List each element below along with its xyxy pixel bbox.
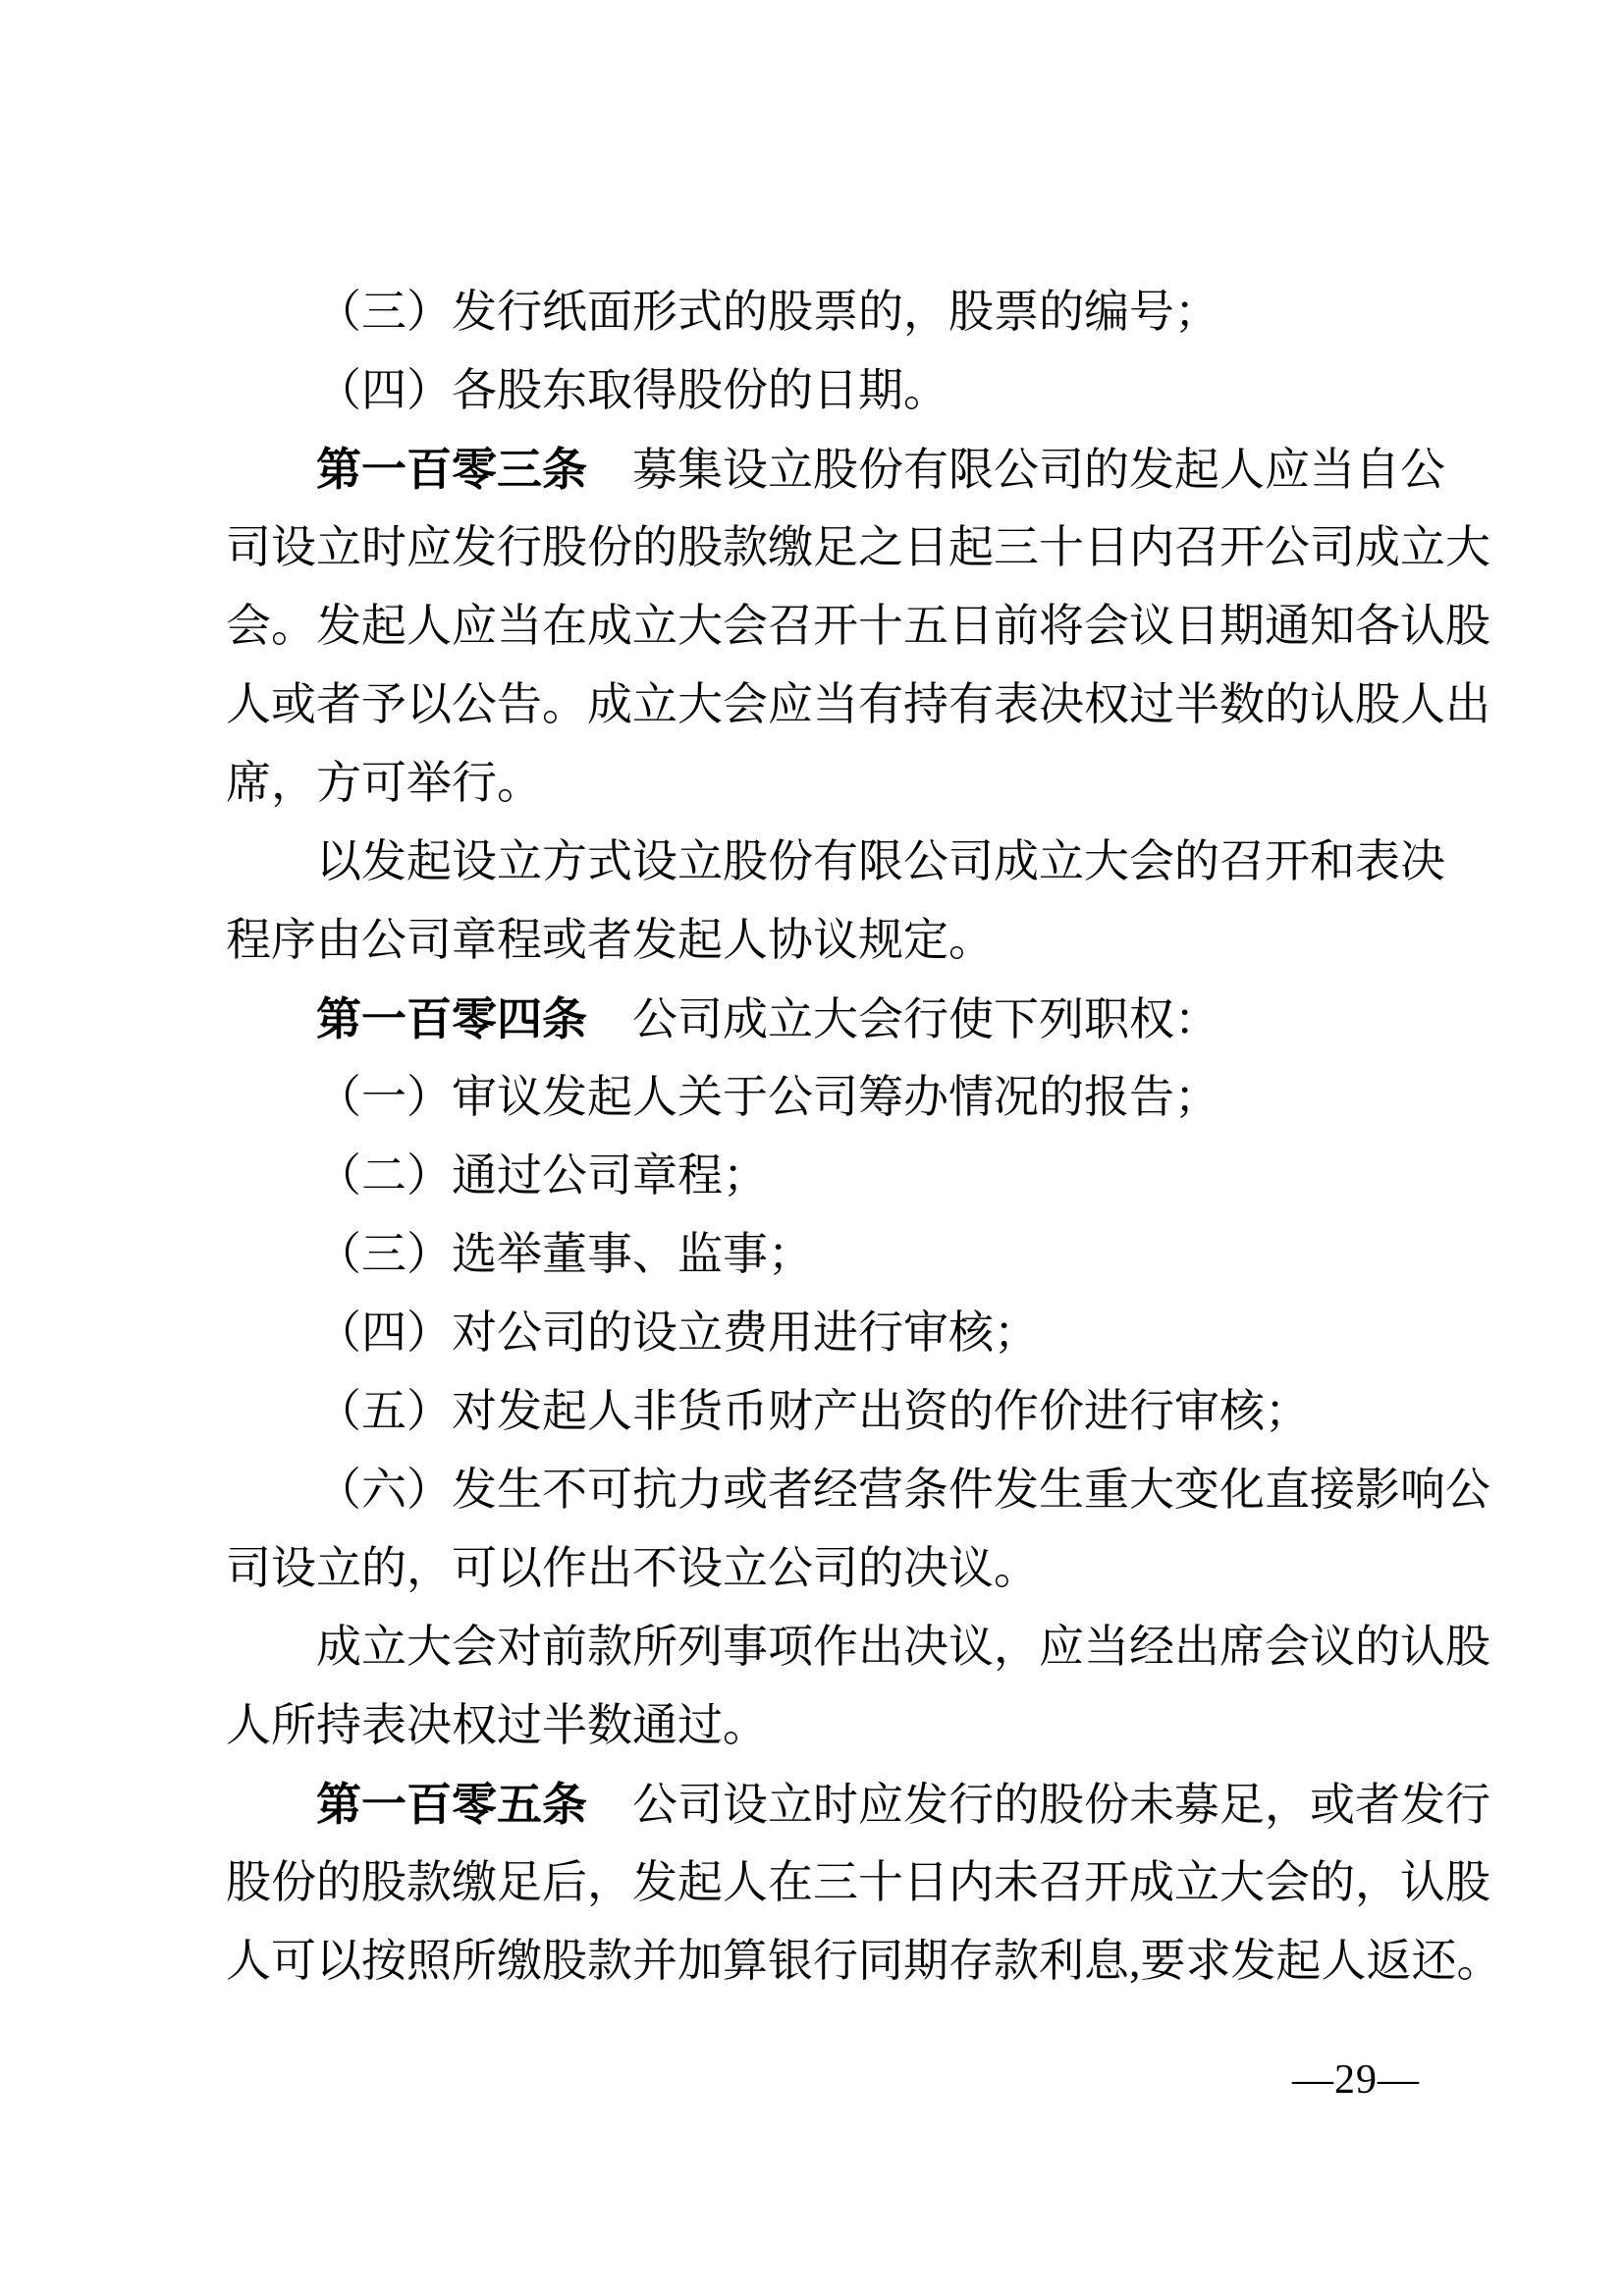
text-segment: （二）通过公司章程； bbox=[316, 1150, 768, 1201]
page-number: —29— bbox=[1292, 2057, 1420, 2103]
text-line: （四）对公司的设立费用进行审核； bbox=[226, 1294, 1494, 1372]
text-line: （四）各股东取得股份的日期。 bbox=[226, 351, 1494, 430]
text-line: 以发起设立方式设立股份有限公司成立大会的召开和表决 bbox=[226, 823, 1494, 901]
text-segment: 募集设立股份有限公司的发起人应当自公 bbox=[587, 445, 1445, 495]
text-line: （二）通过公司章程； bbox=[226, 1137, 1494, 1215]
text-segment: （四）各股东取得股份的日期。 bbox=[316, 365, 948, 415]
text-segment: 人可以按照所缴股款并加算银行同期存款利息,要求发起人返还。 bbox=[226, 1936, 1502, 1986]
text-line: 股份的股款缴足后，发起人在三十日内未召开成立大会的，认股 bbox=[226, 1843, 1494, 1922]
text-line: 第一百零五条 公司设立时应发行的股份未募足，或者发行 bbox=[226, 1765, 1494, 1843]
text-line: 席，方可举行。 bbox=[226, 744, 1494, 823]
text-segment: 会。发起人应当在成立大会召开十五日前将会议日期通知各认股 bbox=[226, 601, 1490, 651]
text-line: 程序由公司章程或者发起人协议规定。 bbox=[226, 901, 1494, 980]
text-segment: 席，方可举行。 bbox=[226, 758, 542, 808]
text-line: （三）发行纸面形式的股票的，股票的编号； bbox=[226, 273, 1494, 351]
text-line: 成立大会对前款所列事项作出决议，应当经出席会议的认股 bbox=[226, 1608, 1494, 1686]
text-line: 人或者予以公告。成立大会应当有持有表决权过半数的认股人出 bbox=[226, 666, 1494, 744]
text-segment: （三）选举董事、监事； bbox=[316, 1229, 813, 1279]
text-segment: 公司设立时应发行的股份未募足，或者发行 bbox=[587, 1780, 1490, 1830]
text-segment: （四）对公司的设立费用进行审核； bbox=[316, 1308, 1039, 1358]
text-segment: 股份的股款缴足后，发起人在三十日内未召开成立大会的，认股 bbox=[226, 1857, 1490, 1907]
document-page: （三）发行纸面形式的股票的，股票的编号；（四）各股东取得股份的日期。第一百零三条… bbox=[0, 0, 1624, 2296]
text-segment: 司设立时应发行股份的股款缴足之日起三十日内召开公司成立大 bbox=[226, 522, 1490, 572]
text-line: （五）对发起人非货币财产出资的作价进行审核； bbox=[226, 1372, 1494, 1451]
text-segment: 司设立的，可以作出不设立公司的决议。 bbox=[226, 1543, 1039, 1593]
text-line: （一）审议发起人关于公司筹办情况的报告； bbox=[226, 1058, 1494, 1137]
text-segment: （一）审议发起人关于公司筹办情况的报告； bbox=[316, 1072, 1219, 1122]
text-segment: （三）发行纸面形式的股票的，股票的编号； bbox=[316, 287, 1219, 337]
text-line: （六）发生不可抗力或者经营条件发生重大变化直接影响公 bbox=[226, 1451, 1494, 1529]
article-number: 第一百零四条 bbox=[316, 993, 587, 1044]
text-line: 第一百零三条 募集设立股份有限公司的发起人应当自公 bbox=[226, 430, 1494, 508]
article-number: 第一百零三条 bbox=[316, 444, 587, 495]
text-line: 司设立的，可以作出不设立公司的决议。 bbox=[226, 1529, 1494, 1608]
document-body: （三）发行纸面形式的股票的，股票的编号；（四）各股东取得股份的日期。第一百零三条… bbox=[226, 273, 1494, 2001]
text-line: 会。发起人应当在成立大会召开十五日前将会议日期通知各认股 bbox=[226, 587, 1494, 666]
text-line: 司设立时应发行股份的股款缴足之日起三十日内召开公司成立大 bbox=[226, 508, 1494, 587]
text-line: 人所持表决权过半数通过。 bbox=[226, 1686, 1494, 1765]
text-segment: （五）对发起人非货币财产出资的作价进行审核； bbox=[316, 1386, 1310, 1436]
text-line: 第一百零四条 公司成立大会行使下列职权： bbox=[226, 980, 1494, 1058]
article-number: 第一百零五条 bbox=[316, 1779, 587, 1830]
text-line: （三）选举董事、监事； bbox=[226, 1215, 1494, 1294]
text-segment: （六）发生不可抗力或者经营条件发生重大变化直接影响公 bbox=[316, 1465, 1490, 1515]
text-segment: 人所持表决权过半数通过。 bbox=[226, 1700, 768, 1750]
text-segment: 人或者予以公告。成立大会应当有持有表决权过半数的认股人出 bbox=[226, 679, 1490, 729]
text-line: 人可以按照所缴股款并加算银行同期存款利息,要求发起人返还。 bbox=[226, 1922, 1494, 2001]
text-segment: 以发起设立方式设立股份有限公司成立大会的召开和表决 bbox=[316, 836, 1445, 886]
text-segment: 程序由公司章程或者发起人协议规定。 bbox=[226, 915, 994, 965]
text-segment: 成立大会对前款所列事项作出决议，应当经出席会议的认股 bbox=[316, 1622, 1490, 1672]
text-segment: 公司成立大会行使下列职权： bbox=[587, 994, 1219, 1044]
